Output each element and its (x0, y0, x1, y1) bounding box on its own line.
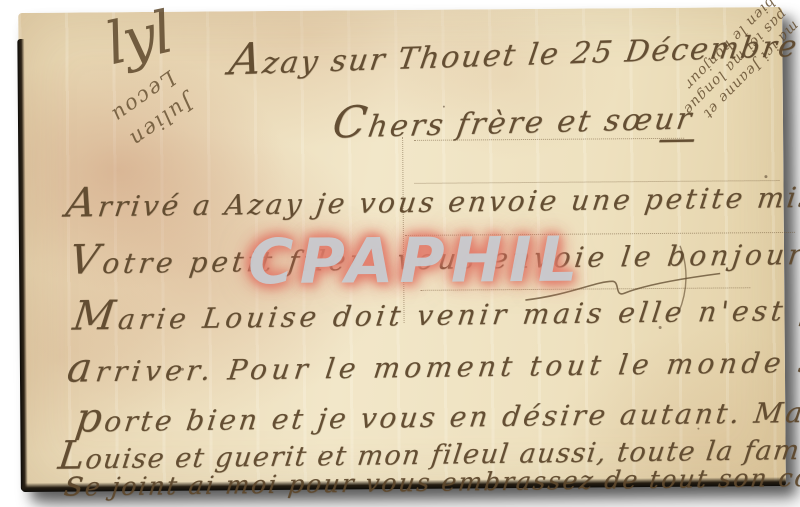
scan-background: Azay sur Thouet le 25 Décembre 1911 Cher… (0, 0, 800, 507)
cpaphil-watermark: CPAPHIL (248, 229, 584, 294)
salutation-dash: — (655, 115, 698, 160)
salutation: Chers frère et sœur (329, 89, 698, 148)
postcard: Azay sur Thouet le 25 Décembre 1911 Cher… (18, 7, 786, 491)
ink-flourish: lyl (100, 0, 177, 78)
letter-line-4: arriver. Pour le moment tout le monde se (65, 334, 800, 392)
letter-line-1: Arrivé a Azay je vous envoie une petite … (63, 168, 800, 227)
letter-line-7: se joint ai moi pour vous embrassez de t… (62, 451, 800, 504)
